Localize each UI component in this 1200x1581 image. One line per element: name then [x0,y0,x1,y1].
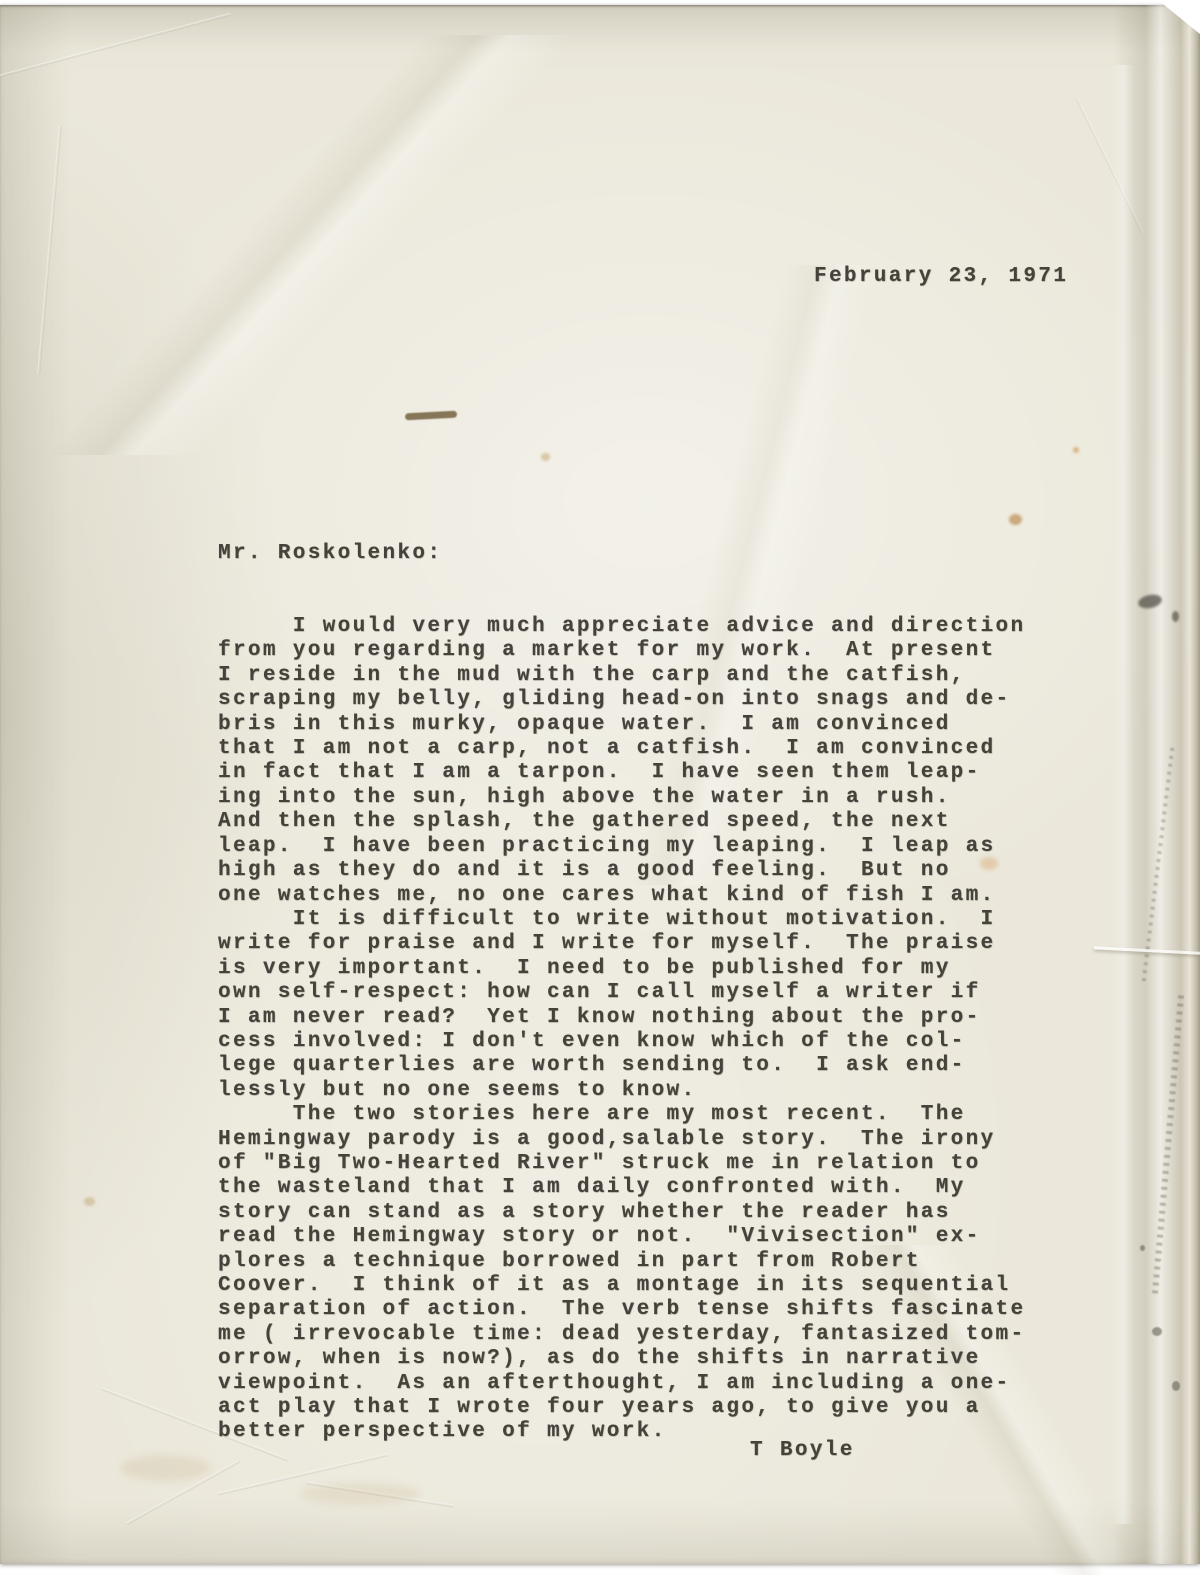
stain-smear [120,1455,210,1481]
crease-line [37,125,62,374]
crease-line [0,13,231,81]
letter-page: February 23, 1971 Mr. Roskolenko: I woul… [0,5,1200,1564]
scanned-letter: February 23, 1971 Mr. Roskolenko: I woul… [0,0,1200,1581]
wrinkle-shading [0,35,660,455]
ink-dash-mark [405,411,457,421]
letter-signature: T Boyle [750,1439,855,1463]
stain-spot [1073,447,1079,453]
letter-body-text: I would very much appreciate advice and … [218,615,1078,1445]
stain-spot [541,453,550,461]
stain-spot [84,1197,95,1206]
letter-date: February 23, 1971 [814,265,1068,289]
letter-body-block: Mr. Roskolenko: I would very much apprec… [218,493,1078,1494]
letter-salutation: Mr. Roskolenko: [218,542,1078,566]
page-edge-highlight [1112,65,1134,1524]
scanner-corner-gap [1158,0,1200,34]
